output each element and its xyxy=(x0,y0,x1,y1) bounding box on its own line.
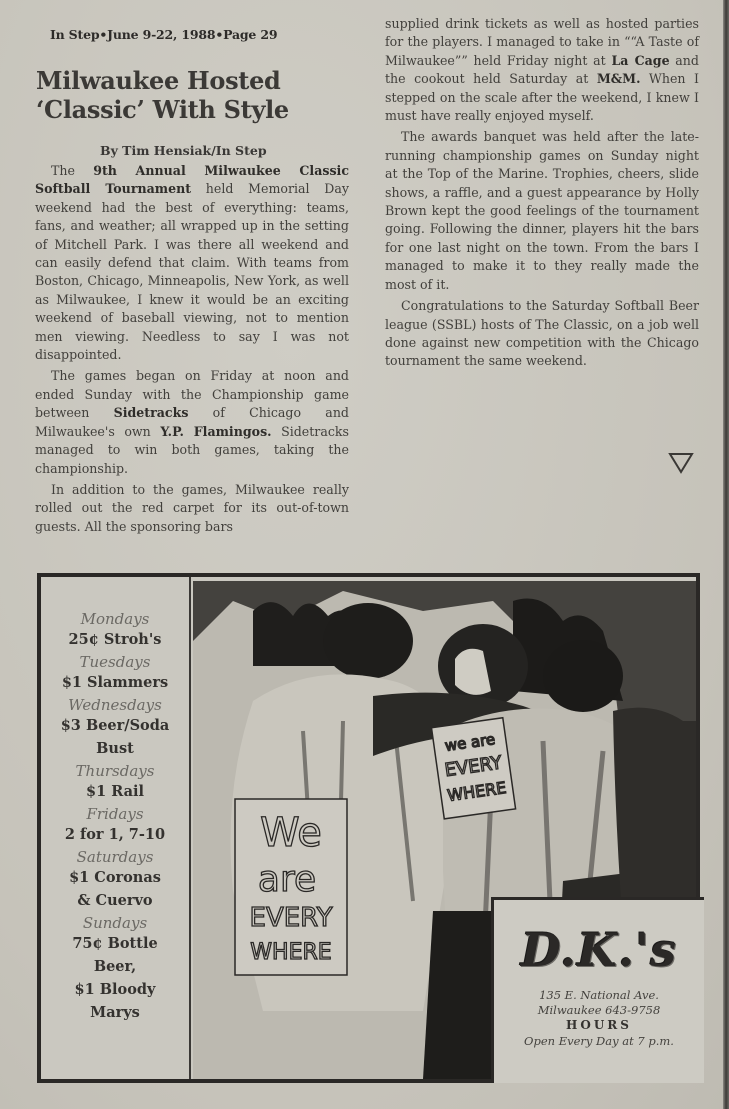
dks-logo: D.K.'s xyxy=(494,922,704,978)
special-day: Saturdays xyxy=(41,847,189,867)
article-paragraph: The awards banquet was held after the la… xyxy=(385,128,699,294)
business-city-phone: Milwaukee 643-9758 xyxy=(494,1003,704,1018)
special-deal: Marys xyxy=(41,1002,189,1024)
article-paragraph: The games began on Friday at noon and en… xyxy=(35,367,349,477)
business-address: 135 E. National Ave. xyxy=(494,988,704,1003)
special-deal: $1 Bloody xyxy=(41,979,189,1001)
special-deal: & Cuervo xyxy=(41,890,189,912)
drink-specials-list: Mondays25¢ Stroh'sTuesdays$1 SlammersWed… xyxy=(41,577,191,1079)
article-byline: By Tim Hensiak/In Step xyxy=(100,143,267,158)
article-paragraph: supplied drink tickets as well as hosted… xyxy=(385,15,699,125)
page-folio: In Step•June 9-22, 1988•Page 29 xyxy=(50,27,277,42)
special-deal: Beer, xyxy=(41,956,189,978)
special-deal: Bust xyxy=(41,738,189,760)
bold-text: Sidetracks xyxy=(114,405,189,420)
newspaper-page: In Step•June 9-22, 1988•Page 29 Milwauke… xyxy=(0,0,729,1109)
page-binding-edge xyxy=(723,0,729,1109)
svg-text:We: We xyxy=(260,810,322,856)
paragraph-text: The xyxy=(51,163,93,178)
svg-text:are: are xyxy=(258,859,316,900)
hours-label: HOURS xyxy=(494,1018,704,1033)
special-day: Sundays xyxy=(41,913,189,933)
special-day: Tuesdays xyxy=(41,652,189,672)
bold-text: Y.P. Flamingos. xyxy=(160,424,271,439)
headline-line-1: Milwaukee Hosted xyxy=(36,66,281,95)
article-paragraph: In addition to the games, Milwaukee real… xyxy=(35,481,349,536)
special-deal: $1 Rail xyxy=(41,781,189,803)
special-deal: 2 for 1, 7-10 xyxy=(41,824,189,846)
special-deal: $3 Beer/Soda xyxy=(41,715,189,737)
headline-line-2: ‘Classic’ With Style xyxy=(36,95,289,124)
paragraph-text: Congratulations to the Saturday Softball… xyxy=(385,298,699,368)
special-deal: $1 Slammers xyxy=(41,672,189,694)
special-deal: 75¢ Bottle xyxy=(41,933,189,955)
svg-text:WHERE: WHERE xyxy=(250,940,331,965)
dks-business-info: D.K.'s 135 E. National Ave. Milwaukee 64… xyxy=(491,897,704,1083)
bold-text: M&M. xyxy=(597,71,641,86)
paragraph-text: In addition to the games, Milwaukee real… xyxy=(35,482,349,534)
special-day: Mondays xyxy=(41,609,189,629)
triangle-down-icon xyxy=(668,452,694,474)
special-day: Fridays xyxy=(41,804,189,824)
paragraph-text: The awards banquet was held after the la… xyxy=(385,129,699,291)
article-column-right: supplied drink tickets as well as hosted… xyxy=(385,15,699,374)
article-paragraph: The 9th Annual Milwaukee Classic Softbal… xyxy=(35,162,349,364)
dks-advertisement: Mondays25¢ Stroh'sTuesdays$1 SlammersWed… xyxy=(37,573,700,1083)
special-deal: $1 Coronas xyxy=(41,867,189,889)
article-column-left: The 9th Annual Milwaukee Classic Softbal… xyxy=(35,162,349,539)
svg-text:EVERY: EVERY xyxy=(250,903,333,933)
sign-we-are-everywhere-left: We are EVERY WHERE xyxy=(235,799,347,975)
hours-text: Open Every Day at 7 p.m. xyxy=(494,1033,704,1049)
article-headline: Milwaukee Hosted ‘Classic’ With Style xyxy=(36,66,336,124)
article-paragraph: Congratulations to the Saturday Softball… xyxy=(385,297,699,371)
paragraph-text: held Memorial Day weekend had the best o… xyxy=(35,181,349,362)
sign-we-are-everywhere-center: we are EVERY WHERE xyxy=(431,718,515,819)
special-day: Wednesdays xyxy=(41,695,189,715)
special-deal: 25¢ Stroh's xyxy=(41,629,189,651)
bold-text: La Cage xyxy=(611,53,669,68)
special-day: Thursdays xyxy=(41,761,189,781)
